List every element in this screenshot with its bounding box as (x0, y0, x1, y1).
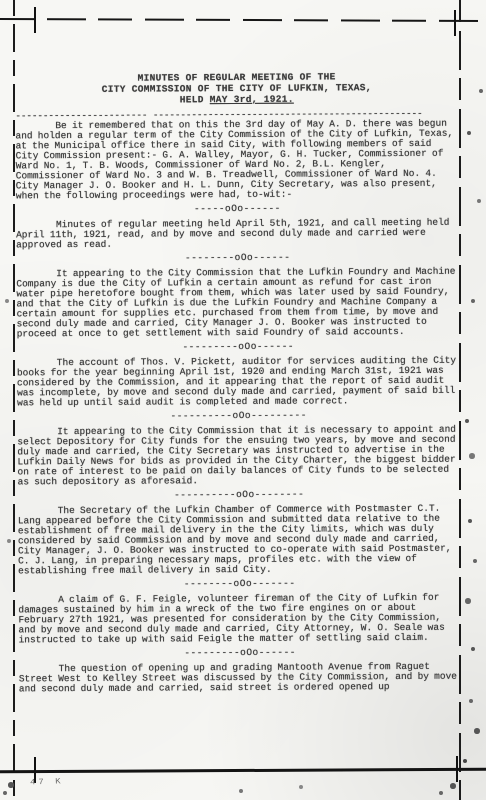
paragraph-minutes-approved: Minutes of regular meeting held April 5t… (16, 218, 459, 251)
section-separator: -----oOo------ (16, 203, 459, 216)
paragraph-audit-account: The account of Thos. V. Pickett, auditor… (17, 356, 460, 409)
paragraph-fireman-claim: A claim of G. F. Feigle, volunteer firem… (18, 593, 461, 646)
section-separator: ----------oOo-------- (18, 489, 461, 502)
scanned-minutes-page: MINUTES OF REGULAR MEETING OF THE CITY C… (0, 0, 486, 800)
section-separator: --------oOo------- (18, 578, 461, 591)
corner-cross-top-right (454, 10, 456, 36)
paragraph-street-opening: The question of opening up and grading M… (19, 662, 462, 695)
paragraph-mail-delivery: The Secretary of the Lufkin Chamber of C… (18, 504, 461, 577)
scan-edge-bottom (0, 768, 486, 774)
title-meeting-date: MAY 3rd, 1921. (210, 94, 294, 106)
section-separator: ---------oOo------ (17, 341, 460, 354)
paragraph-opening: Be it remembered that on this the 3rd da… (15, 119, 458, 202)
paragraph-depository: It appearing to the City Commission that… (17, 425, 460, 488)
paragraph-foundry-refund: It appearing to the City Commission that… (16, 267, 459, 340)
title-held-prefix: HELD (180, 94, 210, 105)
section-separator: --------oOo------ (16, 252, 459, 265)
section-separator: ----------oOo--------- (17, 410, 460, 423)
corner-cross-top-left (34, 7, 36, 33)
title-line-3: HELD MAY 3rd, 1921. (15, 93, 458, 107)
document-title: MINUTES OF REGULAR MEETING OF THE CITY C… (15, 71, 458, 107)
scan-speckles (0, 0, 2, 2)
document-content: MINUTES OF REGULAR MEETING OF THE CITY C… (15, 71, 462, 695)
footer-pencil-mark: 47 K (30, 777, 64, 787)
scan-edge-top (0, 18, 486, 22)
corner-cross-bottom-right (456, 756, 458, 782)
section-separator: ---------oOo------ (19, 647, 462, 660)
